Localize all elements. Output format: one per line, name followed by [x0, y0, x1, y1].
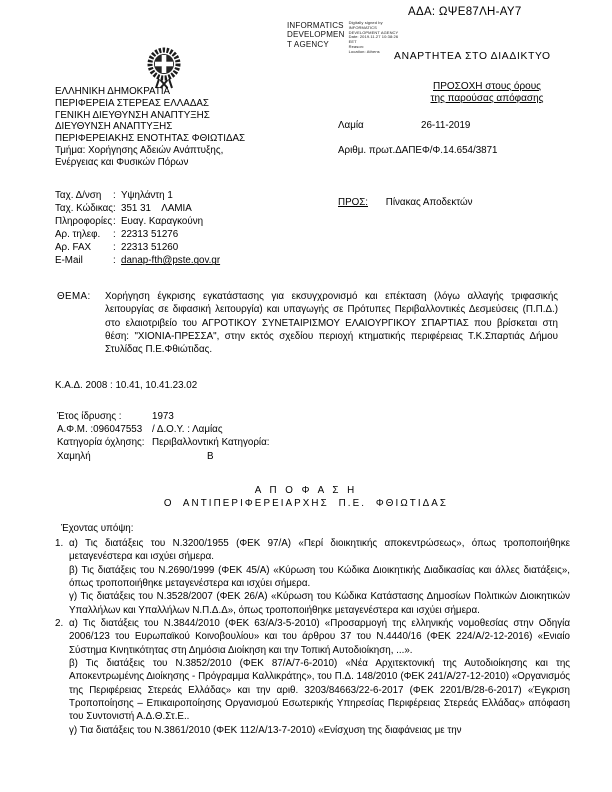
subject-text: Χορήγηση έγκρισης εγκατάστασης για εκσυγ…	[105, 290, 558, 357]
contact-separator: :	[113, 254, 121, 267]
contact-separator: :	[113, 189, 121, 202]
contact-value: 22313 51260	[121, 241, 178, 254]
document-page: ΑΔΑ: ΩΨΕ87ΛΗ-ΑΥ7 INFORMATICS DEVELOPMEN …	[0, 0, 612, 792]
stamp-agency-line: INFORMATICS	[287, 21, 345, 30]
reference-paragraph: α) Τις διατάξεις του Ν.3844/2010 (ΦΕΚ 63…	[69, 617, 570, 657]
facility-value: 1973	[152, 410, 174, 423]
contact-label: Ταχ. Κώδικας	[55, 202, 113, 215]
attention-notice: ΠΡΟΣΟΧΗ στους όρους της παρούσας απόφαση…	[420, 81, 554, 104]
recipient-line: ΠΡΟΣ: Πίνακας Αποδεκτών	[338, 197, 473, 208]
recipient-value: Πίνακας Αποδεκτών	[386, 197, 473, 208]
item-paragraphs: α) Τις διατάξεις του Ν.3200/1955 (ΦΕΚ 97…	[69, 537, 570, 617]
letterhead-line: ΕΛΛΗΝΙΚΗ ΔΗΜΟΚΡΑΤΙΑ	[55, 86, 245, 98]
ada-code: ΑΔΑ: ΩΨΕ87ΛΗ-ΑΥ7	[408, 6, 522, 18]
item-number: 2.	[55, 617, 69, 737]
letterhead-line: Ενέργειας και Φυσικών Πόρων	[55, 157, 245, 169]
facility-info: Έτος ίδρυσης : 1973 Α.Φ.Μ. :096047553 / …	[57, 410, 269, 463]
facility-row: Έτος ίδρυσης : 1973	[57, 410, 269, 423]
item-paragraphs: α) Τις διατάξεις του Ν.3844/2010 (ΦΕΚ 63…	[69, 617, 570, 737]
subject-block: ΘΕΜΑ: Χορήγηση έγκρισης εγκατάστασης για…	[57, 290, 558, 357]
contact-value: 22313 51276	[121, 228, 178, 241]
facility-row: Κατηγορία όχλησης: Περιβαλλοντική Κατηγο…	[57, 436, 269, 449]
letterhead-line: ΠΕΡΙΦΕΡΕΙΑΚΗΣ ΕΝΟΤΗΤΑΣ ΦΘΙΩΤΙΔΑΣ	[55, 133, 245, 145]
list-item: 1. α) Τις διατάξεις του Ν.3200/1955 (ΦΕΚ…	[55, 537, 570, 617]
contact-separator: :	[113, 215, 121, 228]
letterhead-line: Τμήμα: Χορήγησης Αδειών Ανάπτυξης,	[55, 145, 245, 157]
legal-references: 1. α) Τις διατάξεις του Ν.3200/1955 (ΦΕΚ…	[55, 537, 570, 737]
subject-label: ΘΕΜΑ:	[57, 290, 105, 357]
facility-value: / Δ.Ο.Υ. : Λαμίας	[152, 423, 223, 436]
contact-row: Αρ. FAX : 22313 51260	[55, 241, 220, 254]
contact-row: Πληροφορίες : Ευαγ. Καραγκούνη	[55, 215, 220, 228]
protocol-number: Αριθμ. πρωτ.ΔΑΠΕΦ/Φ.14.654/3871	[338, 145, 498, 156]
contact-separator: :	[113, 202, 121, 215]
issue-city: Λαμία	[338, 120, 364, 131]
preamble: Έχοντας υπόψη:	[61, 523, 133, 534]
contact-value: Υψηλάντη 1	[121, 189, 173, 202]
contact-separator: :	[113, 241, 121, 254]
attention-line: ΠΡΟΣΟΧΗ στους όρους	[420, 81, 554, 93]
attention-line: της παρούσας απόφασης	[420, 93, 554, 105]
contact-value: 351 31 ΛΑΜΙΑ	[121, 202, 192, 215]
letterhead-line: ΔΙΕΥΘΥΝΣΗ ΑΝΑΠΤΥΞΗΣ	[55, 121, 245, 133]
decision-heading: Α Π Ο Φ Α Σ Η Ο ΑΝΤΙΠΕΡΙΦΕΡΕΙΑΡΧΗΣ Π.Ε. …	[0, 485, 612, 510]
facility-field: Χαμηλή	[57, 450, 152, 463]
contact-row: Αρ. τηλεφ. : 22313 51276	[55, 228, 220, 241]
contact-label: Ταχ. Δ/νση	[55, 189, 113, 202]
contact-value: Ευαγ. Καραγκούνη	[121, 215, 203, 228]
stamp-agency-line: DEVELOPMEN	[287, 30, 345, 39]
contact-label: E-Mail	[55, 254, 113, 267]
facility-value: Περιβαλλοντική Κατηγορία:	[152, 436, 269, 449]
facility-row: Χαμηλή Β	[57, 450, 269, 463]
contact-row: Ταχ. Κώδικας : 351 31 ΛΑΜΙΑ	[55, 202, 220, 215]
letterhead: ΕΛΛΗΝΙΚΗ ΔΗΜΟΚΡΑΤΙΑ ΠΕΡΙΦΕΡΕΙΑ ΣΤΕΡΕΑΣ Ε…	[55, 86, 245, 169]
issue-date: 26-11-2019	[421, 120, 470, 131]
facility-field: Α.Φ.Μ. :096047553	[57, 423, 152, 436]
recipient-label: ΠΡΟΣ:	[338, 197, 368, 208]
internet-posting-notice: ΑΝΑΡΤΗΤΕΑ ΣΤΟ ΔΙΑΔΙΚΤΥΟ	[394, 51, 551, 62]
facility-field: Έτος ίδρυσης :	[57, 410, 152, 423]
stamp-agency-line: T AGENCY	[287, 40, 345, 49]
facility-row: Α.Φ.Μ. :096047553 / Δ.Ο.Υ. : Λαμίας	[57, 423, 269, 436]
reference-paragraph: γ) Τις διατάξεις του Ν.3528/2007 (ΦΕΚ 26…	[69, 590, 570, 617]
reference-paragraph: β) Τις διατάξεις του Ν.3852/2010 (ΦΕΚ 87…	[69, 657, 570, 724]
contact-label: Αρ. FAX	[55, 241, 113, 254]
facility-field: Κατηγορία όχλησης:	[57, 436, 152, 449]
facility-value: Β	[152, 450, 214, 463]
email-link[interactable]: danap-fth@pste.gov.gr	[121, 254, 220, 267]
digital-signature-stamp: INFORMATICS DEVELOPMEN T AGENCY Digitall…	[287, 21, 398, 55]
letterhead-line: ΠΕΡΙΦΕΡΕΙΑ ΣΤΕΡΕΑΣ ΕΛΛΑΔΑΣ	[55, 98, 245, 110]
activity-codes: Κ.Α.Δ. 2008 : 10.41, 10.41.23.02	[55, 380, 197, 391]
reference-paragraph: β) Τις διατάξεις του Ν.2690/1999 (ΦΕΚ 45…	[69, 564, 570, 591]
list-item: 2. α) Τις διατάξεις του Ν.3844/2010 (ΦΕΚ…	[55, 617, 570, 737]
contact-details: Ταχ. Δ/νση : Υψηλάντη 1 Ταχ. Κώδικας : 3…	[55, 189, 220, 268]
reference-paragraph: γ) Τια διατάξεις του Ν.3861/2010 (ΦΕΚ 11…	[69, 724, 570, 737]
stamp-agency-name: INFORMATICS DEVELOPMEN T AGENCY	[287, 21, 345, 49]
stamp-sig-line: Location: Athens	[349, 50, 399, 55]
contact-row: Ταχ. Δ/νση : Υψηλάντη 1	[55, 189, 220, 202]
reference-paragraph: α) Τις διατάξεις του Ν.3200/1955 (ΦΕΚ 97…	[69, 537, 570, 564]
contact-label: Αρ. τηλεφ.	[55, 228, 113, 241]
contact-separator: :	[113, 228, 121, 241]
decision-subtitle: Ο ΑΝΤΙΠΕΡΙΦΕΡΕΙΑΡΧΗΣ Π.Ε. ΦΘΙΩΤΙΔΑΣ	[0, 498, 612, 511]
decision-title: Α Π Ο Φ Α Σ Η	[0, 485, 612, 498]
contact-row: E-Mail : danap-fth@pste.gov.gr	[55, 254, 220, 267]
stamp-signature-details: Digitally signed by INFORMATICS DEVELOPM…	[349, 21, 399, 55]
letterhead-line: ΓΕΝΙΚΗ ΔΙΕΥΘΥΝΣΗ ΑΝΑΠΤΥΞΗΣ	[55, 110, 245, 122]
item-number: 1.	[55, 537, 69, 617]
contact-label: Πληροφορίες	[55, 215, 113, 228]
